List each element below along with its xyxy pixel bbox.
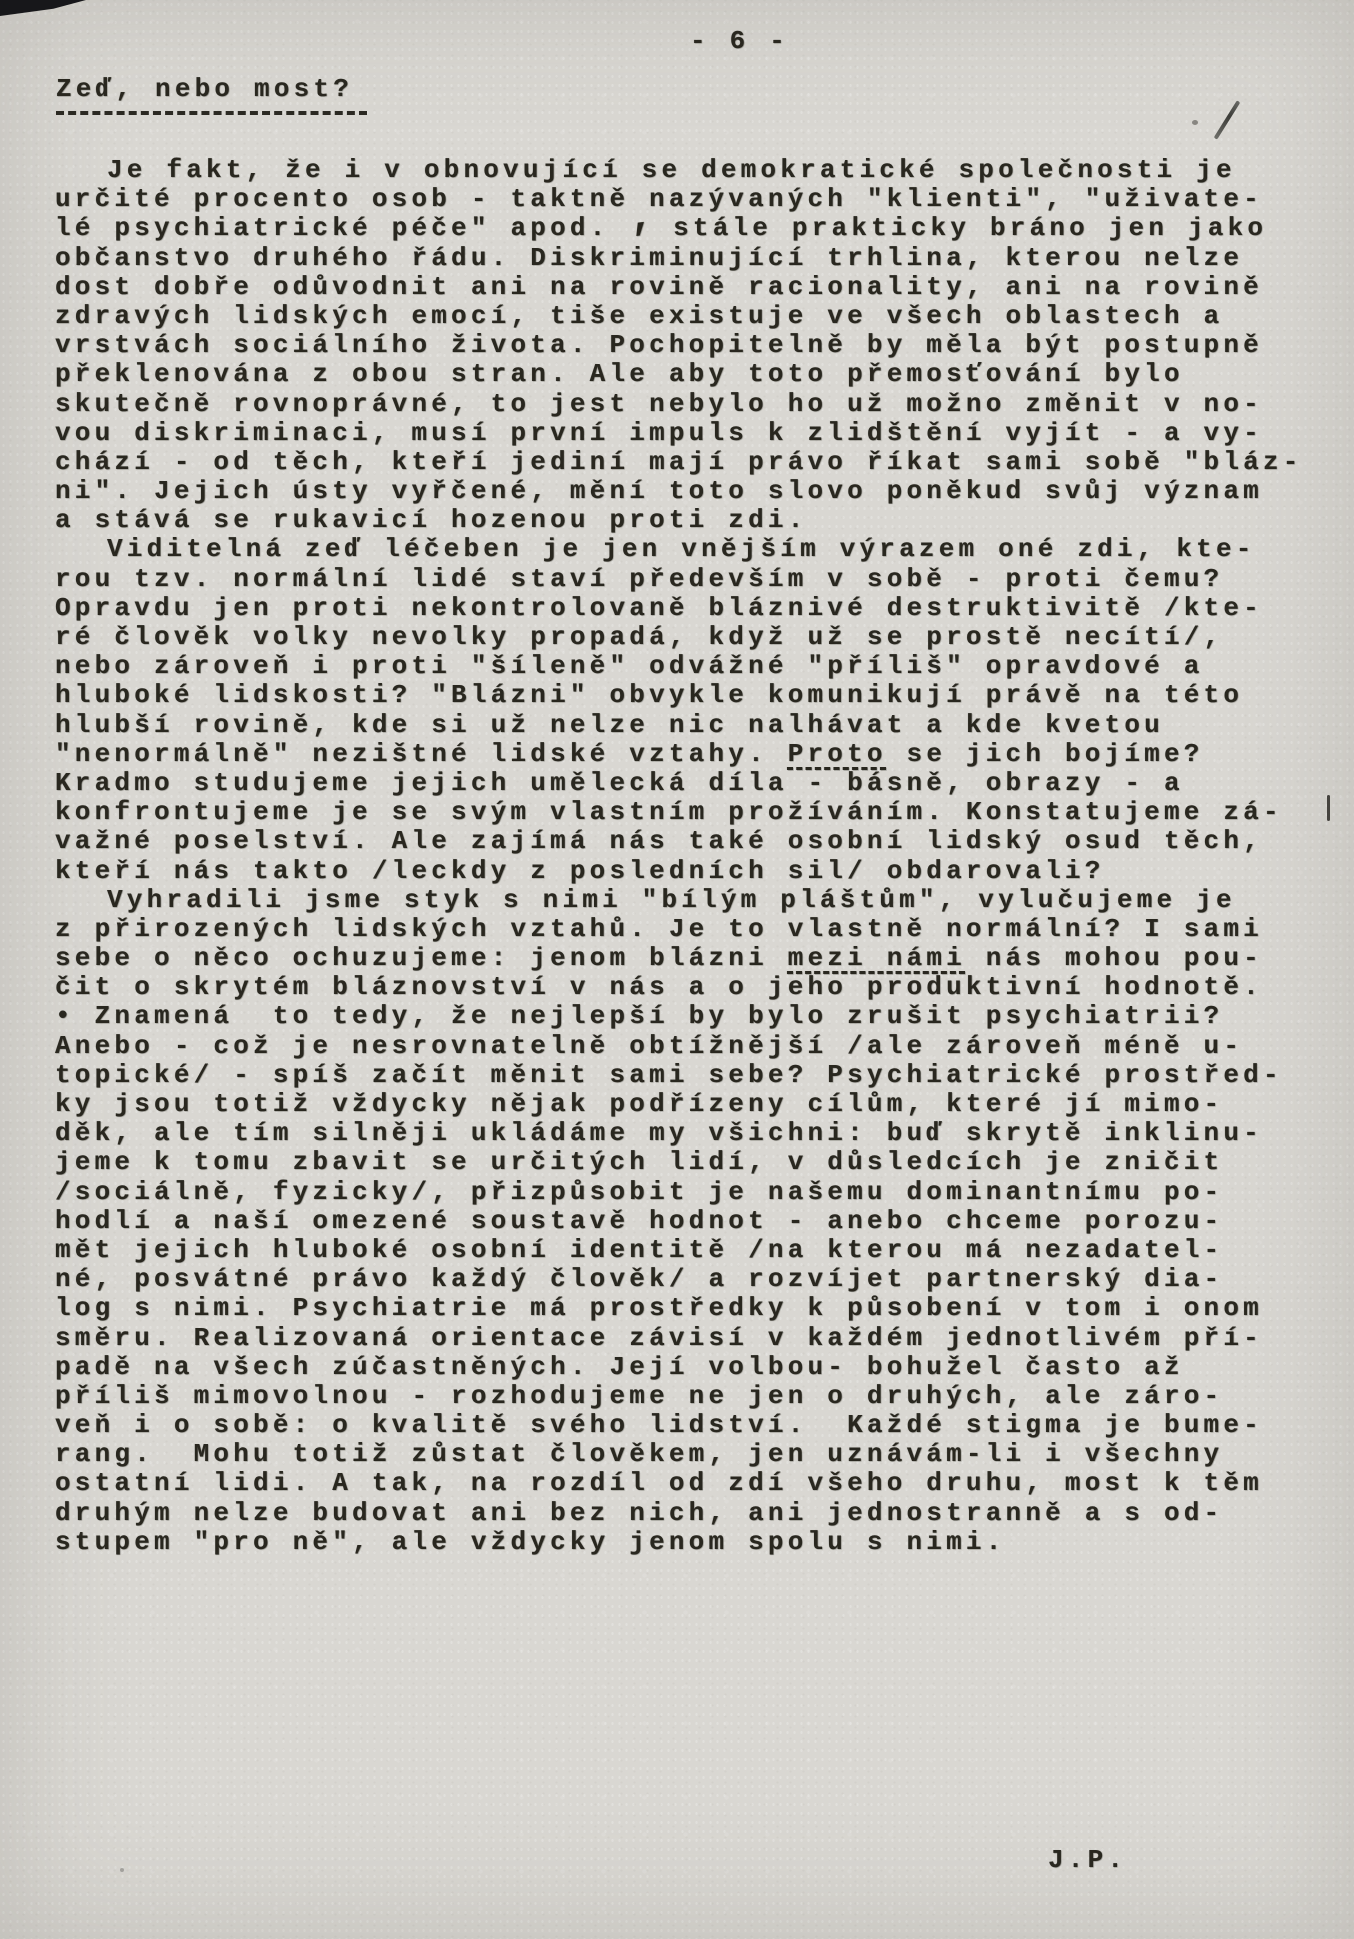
text-segment: Vyhradili jsme styk s nimi "bílým pláštů… [107, 885, 1236, 915]
text-segment: veň i o sobě: o kvalitě svého lidství. K… [55, 1410, 1263, 1440]
text-segment: chází - od těch, kteří jediní mají právo… [55, 447, 1303, 477]
text-segment: rou tzv. normální lidé staví především v… [55, 564, 1223, 594]
text-line: hlubší rovině, kde si už nelze nic nalhá… [55, 711, 1321, 740]
text-line: příliš mimovolnou - rozhodujeme ne jen o… [55, 1382, 1321, 1411]
text-line: ostatní lidi. A tak, na rozdíl od zdí vš… [55, 1469, 1321, 1498]
page-number: - 6 - [690, 26, 789, 56]
scan-corner-shadow [0, 0, 86, 16]
underlined-text: Proto [788, 739, 887, 769]
text-segment: stále prakticky bráno jen jako [653, 213, 1267, 243]
text-segment: hlubší rovině, kde si už nelze nic nalhá… [55, 710, 1164, 740]
text-segment: stupem "pro ně", ale vždycky jenom spolu… [55, 1527, 1006, 1557]
text-line: kteří nás takto /leckdy z posledních sil… [55, 857, 1321, 886]
text-segment: hodlí a naší omezené soustavě hodnot - a… [55, 1206, 1223, 1236]
text-line: určité procento osob - taktně nazývaných… [55, 185, 1321, 214]
text-line: ni". Jejich ústy vyřčené, mění toto slov… [55, 477, 1321, 506]
text-segment: rang. Mohu totiž zůstat člověkem, jen uz… [55, 1439, 1223, 1469]
text-line: z přirozených lidských vztahů. Je to vla… [55, 915, 1321, 944]
text-segment: mět jejich hluboké osobní identitě /na k… [55, 1235, 1223, 1265]
author-initials: J.P. [1048, 1845, 1127, 1875]
text-line: překlenována z obou stran. Ale aby toto … [55, 360, 1321, 389]
text-line: "nenormálně" nezištné lidské vztahy. Pro… [55, 740, 1321, 769]
text-line: směru. Realizovaná orientace závisí v ka… [55, 1324, 1321, 1353]
text-segment: Viditelná zeď léčeben je jen vnějším výr… [107, 534, 1256, 564]
text-segment: topické/ - spíš začít měnit sami sebe? P… [55, 1060, 1283, 1090]
scanned-page: - 6 - Zeď, nebo most? Je fakt, že i v ob… [0, 0, 1354, 1939]
page-title: Zeď, nebo most? [56, 74, 367, 115]
text-line: ky jsou totiž vždycky nějak podřízeny cí… [55, 1090, 1321, 1119]
text-segment: Je fakt, že i v obnovující se demokratic… [107, 155, 1236, 185]
text-segment: /sociálně, fyzicky/, přizpůsobit je naše… [55, 1177, 1223, 1207]
text-segment: určité procento osob - taktně nazývaných… [55, 184, 1263, 214]
text-line: Vyhradili jsme styk s nimi "bílým pláštů… [55, 886, 1321, 915]
pen-tick-mark [1327, 795, 1330, 821]
text-line: Opravdu jen proti nekontrolovaně blázniv… [55, 594, 1321, 623]
text-line: konfrontujeme je se svým vlastním prožív… [55, 798, 1321, 827]
text-segment: nebo zároveň i proti "šíleně" odvážné "p… [55, 651, 1204, 681]
text-segment: "nenormálně" nezištné lidské vztahy. [55, 739, 788, 769]
text-line: vou diskriminaci, musí první impuls k zl… [55, 419, 1321, 448]
text-line: druhým nelze budovat ani bez nich, ani j… [55, 1499, 1321, 1528]
text-segment: hluboké lidskosti? "Blázni" obvykle komu… [55, 680, 1243, 710]
text-line: sebe o něco ochuzujeme: jenom blázni mez… [55, 944, 1321, 973]
document-body: Je fakt, že i v obnovující se demokratic… [55, 156, 1321, 1557]
text-line: hluboké lidskosti? "Blázni" obvykle komu… [55, 681, 1321, 710]
text-line: Je fakt, že i v obnovující se demokratic… [55, 156, 1321, 185]
text-segment: dost dobře odůvodnit ani na rovině racio… [55, 272, 1263, 302]
text-segment: z přirozených lidských vztahů. Je to vla… [55, 914, 1263, 944]
text-segment: druhým nelze budovat ani bez nich, ani j… [55, 1498, 1223, 1528]
text-line: děk, ale tím silněji ukládáme my všichni… [55, 1119, 1321, 1148]
text-line: né, posvátné právo každý člověk/ a rozví… [55, 1265, 1321, 1294]
text-line: čit o skrytém bláznovství v nás a o jeho… [55, 973, 1321, 1002]
text-line: Anebo - což je nesrovnatelně obtížnější … [55, 1032, 1321, 1061]
text-line: dost dobře odůvodnit ani na rovině racio… [55, 273, 1321, 302]
text-segment: příliš mimovolnou - rozhodujeme ne jen o… [55, 1381, 1223, 1411]
underlined-text: mezi námi [788, 943, 966, 973]
ink-speck [1192, 120, 1198, 125]
pen-slash-mark [1214, 100, 1241, 139]
text-line: jeme k tomu zbavit se určitých lidí, v d… [55, 1148, 1321, 1177]
text-segment: ni". Jejich ústy vyřčené, mění toto slov… [55, 476, 1263, 506]
text-line: lé psychiatrické péče" apod. , stále pra… [55, 214, 1321, 243]
text-line: zdravých lidských emocí, tiše existuje v… [55, 302, 1321, 331]
text-segment: směru. Realizovaná orientace závisí v ka… [55, 1323, 1263, 1353]
text-segment: Anebo - což je nesrovnatelně obtížnější … [55, 1031, 1243, 1061]
text-segment: log s nimi. Psychiatrie má prostředky k … [55, 1293, 1263, 1323]
text-line: stupem "pro ně", ale vždycky jenom spolu… [55, 1528, 1321, 1557]
text-segment: ky jsou totiž vždycky nějak podřízeny cí… [55, 1089, 1223, 1119]
text-line: hodlí a naší omezené soustavě hodnot - a… [55, 1207, 1321, 1236]
text-segment: konfrontujeme je se svým vlastním prožív… [55, 797, 1283, 827]
text-segment: čit o skrytém bláznovství v nás a o jeho… [55, 972, 1263, 1002]
ink-speck [120, 1868, 124, 1872]
text-line: padě na všech zúčastněných. Její volbou-… [55, 1353, 1321, 1382]
text-segment: • Znamená to tedy, že nejlepší by bylo z… [55, 1001, 1223, 1031]
text-line: važné poselství. Ale zajímá nás také oso… [55, 827, 1321, 856]
text-segment: padě na všech zúčastněných. Její volbou-… [55, 1352, 1184, 1382]
text-line: občanstvo druhého řádu. Diskriminující t… [55, 244, 1321, 273]
text-line: • Znamená to tedy, že nejlepší by bylo z… [55, 1002, 1321, 1031]
text-segment: zdravých lidských emocí, tiše existuje v… [55, 301, 1223, 331]
ink-blot-mark: , [629, 218, 653, 221]
text-segment: sebe o něco ochuzujeme: jenom blázni [55, 943, 788, 973]
text-segment: važné poselství. Ale zajímá nás také oso… [55, 826, 1263, 856]
text-line: Viditelná zeď léčeben je jen vnějším výr… [55, 535, 1321, 564]
text-segment: né, posvátné právo každý člověk/ a rozví… [55, 1264, 1223, 1294]
text-line: chází - od těch, kteří jediní mají právo… [55, 448, 1321, 477]
text-segment: skutečně rovnoprávné, to jest nebylo ho … [55, 389, 1263, 419]
text-line: Kradmo studujeme jejich umělecká díla - … [55, 769, 1321, 798]
text-segment: občanstvo druhého řádu. Diskriminující t… [55, 243, 1243, 273]
text-segment: se jich bojíme? [887, 739, 1204, 769]
text-segment: Opravdu jen proti nekontrolovaně blázniv… [55, 593, 1263, 623]
text-line: skutečně rovnoprávné, to jest nebylo ho … [55, 390, 1321, 419]
text-segment: Kradmo studujeme jejich umělecká díla - … [55, 768, 1184, 798]
text-line: a stává se rukavicí hozenou proti zdi. [55, 506, 1321, 535]
text-segment: vrstvách sociálního života. Pochopitelně… [55, 330, 1263, 360]
text-segment: nás mohou pou- [966, 943, 1263, 973]
text-line: nebo zároveň i proti "šíleně" odvážné "p… [55, 652, 1321, 681]
text-segment: děk, ale tím silněji ukládáme my všichni… [55, 1118, 1263, 1148]
text-segment: lé psychiatrické péče" apod. [55, 213, 629, 243]
text-segment: a stává se rukavicí hozenou proti zdi. [55, 505, 808, 535]
text-line: /sociálně, fyzicky/, přizpůsobit je naše… [55, 1178, 1321, 1207]
text-line: rou tzv. normální lidé staví především v… [55, 565, 1321, 594]
text-segment: jeme k tomu zbavit se určitých lidí, v d… [55, 1147, 1223, 1177]
text-line: ré člověk volky nevolky propadá, když už… [55, 623, 1321, 652]
text-line: rang. Mohu totiž zůstat člověkem, jen uz… [55, 1440, 1321, 1469]
text-segment: překlenována z obou stran. Ale aby toto … [55, 359, 1184, 389]
text-segment: ostatní lidi. A tak, na rozdíl od zdí vš… [55, 1468, 1263, 1498]
text-segment: vou diskriminaci, musí první impuls k zl… [55, 418, 1263, 448]
text-line: log s nimi. Psychiatrie má prostředky k … [55, 1294, 1321, 1323]
text-line: topické/ - spíš začít měnit sami sebe? P… [55, 1061, 1321, 1090]
text-segment: ré člověk volky nevolky propadá, když už… [55, 622, 1223, 652]
text-line: mět jejich hluboké osobní identitě /na k… [55, 1236, 1321, 1265]
text-line: veň i o sobě: o kvalitě svého lidství. K… [55, 1411, 1321, 1440]
text-line: vrstvách sociálního života. Pochopitelně… [55, 331, 1321, 360]
text-segment: kteří nás takto /leckdy z posledních sil… [55, 856, 1105, 886]
